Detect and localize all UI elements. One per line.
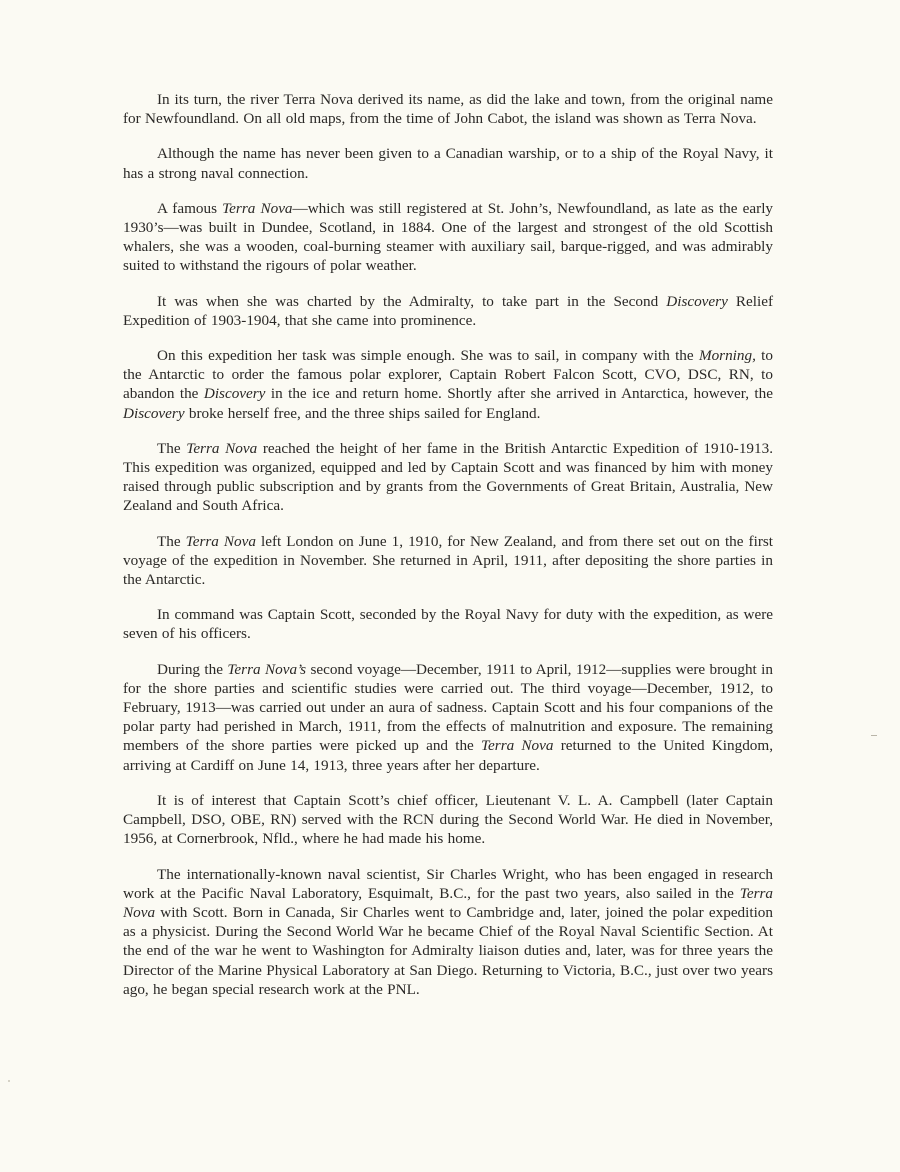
paragraph-text: In command was Captain Scott, seconded b… (123, 606, 773, 642)
paragraph-text: The (157, 533, 186, 550)
paragraph-campbell: It is of interest that Captain Scott’s c… (123, 791, 773, 849)
italic-title-text: Discovery (123, 405, 185, 422)
italic-title-text: Terra Nova (222, 200, 292, 217)
paragraph-discovery-relief: It was when she was charted by the Admir… (123, 292, 773, 330)
paragraph-text: in the ice and return home. Shortly afte… (265, 385, 773, 402)
paragraph-text: The (157, 440, 186, 457)
paragraph-text: In its turn, the river Terra Nova derive… (123, 91, 773, 127)
paragraph-command: In command was Captain Scott, seconded b… (123, 605, 773, 643)
italic-title-text: Discovery (666, 293, 728, 310)
scan-mark (871, 735, 877, 736)
paragraph-second-third-voyage: During the Terra Nova’s second voyage—De… (123, 660, 773, 775)
paragraph-text: The internationally-known naval scientis… (123, 866, 773, 902)
paragraph-charles-wright: The internationally-known naval scientis… (123, 865, 773, 999)
paragraph-text: broke herself free, and the three ships … (185, 405, 541, 422)
paragraph-text: Although the name has never been given t… (123, 145, 773, 181)
paragraph-british-antarctic-expedition: The Terra Nova reached the height of her… (123, 439, 773, 516)
paragraph-text: It is of interest that Captain Scott’s c… (123, 792, 773, 847)
paragraph-text: A famous (157, 200, 222, 217)
italic-title-text: Terra Nova (481, 737, 553, 754)
italic-title-text: Terra Nova (186, 440, 257, 457)
paragraph-expedition-task: On this expedition her task was simple e… (123, 346, 773, 423)
paragraph-text: It was when she was charted by the Admir… (157, 293, 666, 310)
italic-title-text: Terra Nova (186, 533, 256, 550)
italic-title-text: Morning, (699, 347, 756, 364)
paragraph-first-voyage: The Terra Nova left London on June 1, 19… (123, 532, 773, 590)
paragraph-text: On this expedition her task was simple e… (157, 347, 699, 364)
paragraph-text: with Scott. Born in Canada, Sir Charles … (123, 904, 773, 998)
paragraph-naval-connection: Although the name has never been given t… (123, 144, 773, 182)
italic-title-text: Discovery (204, 385, 266, 402)
paragraph-famous-terra-nova: A famous Terra Nova—which was still regi… (123, 199, 773, 276)
paragraph-text: During the (157, 661, 227, 678)
italic-title-text: Terra Nova’s (227, 661, 306, 678)
paragraph-terra-nova-origin: In its turn, the river Terra Nova derive… (123, 90, 773, 128)
document-page: In its turn, the river Terra Nova derive… (123, 90, 773, 1015)
scan-dot (8, 1080, 10, 1082)
